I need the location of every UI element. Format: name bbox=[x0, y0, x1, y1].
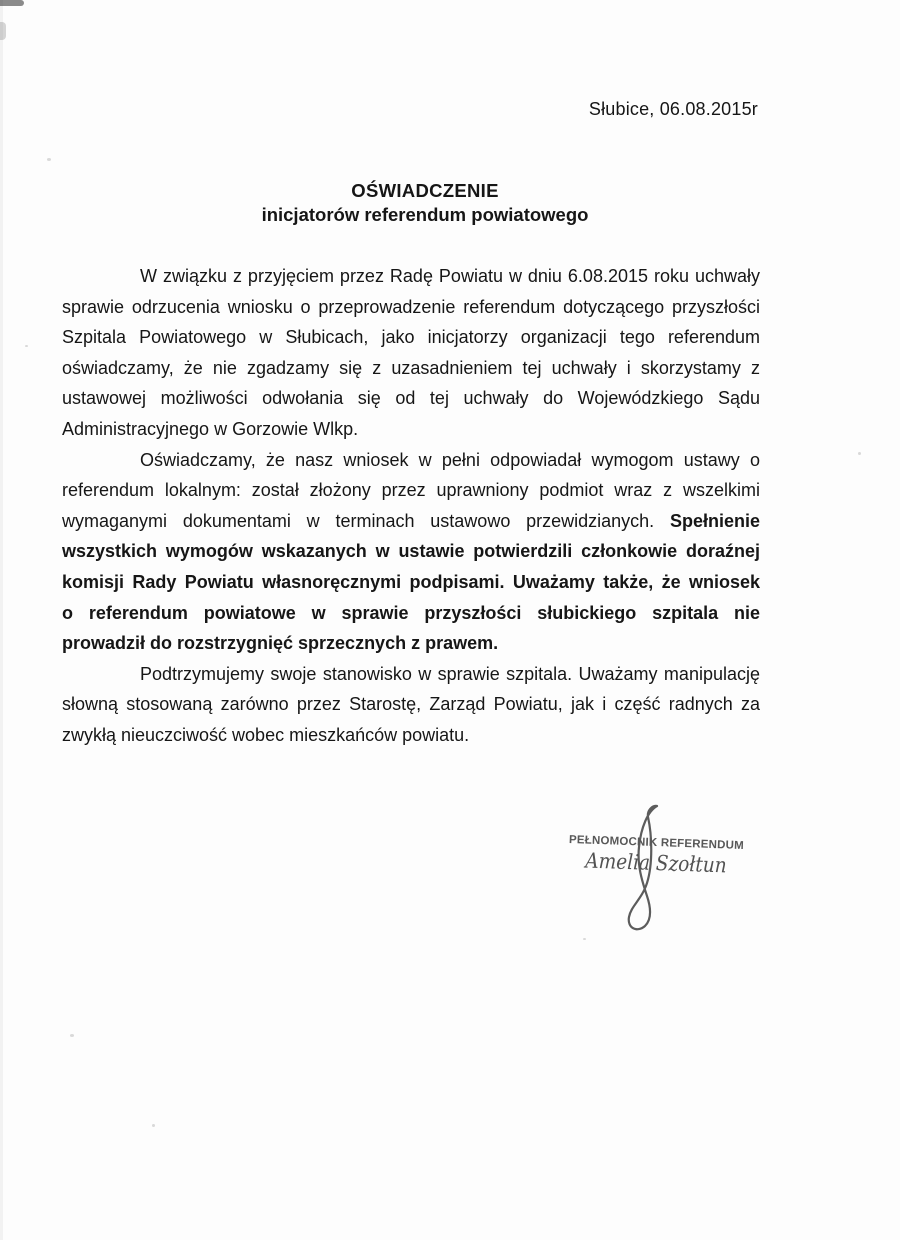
text-line: prowadził do rozstrzygnięć sprzecznych z… bbox=[62, 628, 760, 659]
scan-speck bbox=[583, 938, 586, 940]
title-block: OŚWIADCZENIE inicjatorów referendum powi… bbox=[60, 179, 790, 227]
text-line: zwykłą nieuczciwość wobec mieszkańców po… bbox=[62, 720, 760, 751]
text-line: W związku z przyjęciem przez Radę Powiat… bbox=[62, 261, 760, 292]
referendum-stamp: PEŁNOMOCNIK REFERENDUM Amelia Szołtun bbox=[557, 834, 754, 879]
document-subtitle: inicjatorów referendum powiatowego bbox=[60, 203, 790, 227]
text-line: referendum lokalnym: został złożony prze… bbox=[62, 475, 760, 506]
scan-speck bbox=[152, 1124, 155, 1127]
text-line: wymaganymi dokumentami w terminach ustaw… bbox=[62, 506, 760, 537]
date-line: Słubice, 06.08.2015r bbox=[589, 99, 758, 120]
text-line: sprawie odrzucenia wniosku o przeprowadz… bbox=[62, 292, 760, 323]
text-line: Administracyjnego w Gorzowie Wlkp. bbox=[62, 414, 760, 445]
scan-speck bbox=[25, 345, 28, 347]
document-title: OŚWIADCZENIE bbox=[60, 179, 790, 203]
text-line: oświadczamy, że nie zgadzamy się z uzasa… bbox=[62, 353, 760, 384]
scan-edge-shading bbox=[0, 0, 3, 1240]
scanned-document-page: Słubice, 06.08.2015r OŚWIADCZENIE inicja… bbox=[0, 0, 900, 1240]
scan-speck bbox=[858, 452, 861, 455]
text-line: słowną stosowaną zarówno przez Starostę,… bbox=[62, 689, 760, 720]
text-line: o referendum powiatowe w sprawie przyszł… bbox=[62, 598, 760, 629]
stamp-name-line: Amelia Szołtun bbox=[585, 849, 727, 878]
text-line: Podtrzymujemy swoje stanowisko w sprawie… bbox=[62, 659, 760, 690]
scan-speck bbox=[70, 1034, 74, 1037]
document-body: W związku z przyjęciem przez Radę Powiat… bbox=[62, 261, 760, 751]
text-line: ustawowej możliwości odwołania się od te… bbox=[62, 383, 760, 414]
text-line: Oświadczamy, że nasz wniosek w pełni odp… bbox=[62, 445, 760, 476]
text-line: wszystkich wymogów wskazanych w ustawie … bbox=[62, 536, 760, 567]
text-line: komisji Rady Powiatu własnoręcznymi podp… bbox=[62, 567, 760, 598]
text-line: Szpitala Powiatowego w Słubicach, jako i… bbox=[62, 322, 760, 353]
scan-artifact bbox=[0, 0, 24, 6]
scan-speck bbox=[47, 158, 51, 161]
